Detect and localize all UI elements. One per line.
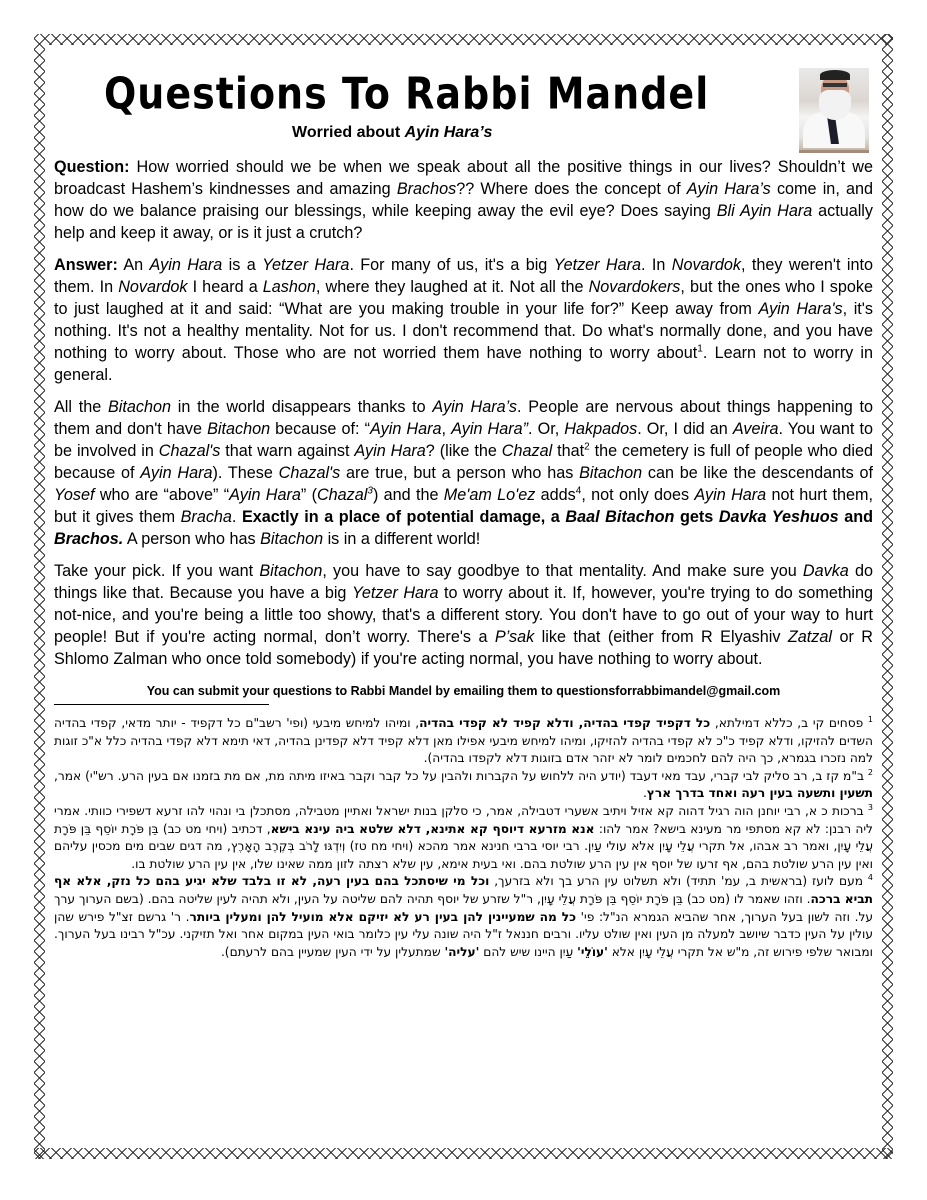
footnote-3: 3 ברכות כ א, רבי יוחנן הוה רגיל דהוה קא …	[54, 803, 873, 873]
masthead: Questions To Rabbi Mandel Worried about …	[54, 46, 873, 156]
footnote-1-number: 1	[868, 715, 873, 724]
footnotes-section: 1 פסחים קי ב, כללא דמילתא, כל דקפיד קפדי…	[54, 715, 873, 961]
photo-beard	[819, 90, 851, 120]
cross-stitch-border-bottom	[34, 1148, 893, 1159]
footnote-separator	[54, 704, 269, 705]
footnote-4-text: מעם לועז (בראשית ב, עמ' תתיד) ולא תשלוט …	[54, 874, 873, 958]
footnote-1-text: פסחים קי ב, כללא דמילתא, כל דקפיד קפדי ב…	[54, 716, 873, 765]
page-content: Questions To Rabbi Mandel Worried about …	[54, 46, 873, 1145]
answer-text-2: All the Bitachon in the world disappears…	[54, 398, 873, 548]
question-text: How worried should we be when we speak a…	[54, 158, 873, 242]
footnote-2-number: 2	[868, 768, 873, 777]
question-paragraph: Question: How worried should we be when …	[54, 156, 873, 244]
answer-paragraph-3: Take your pick. If you want Bitachon, yo…	[54, 560, 873, 670]
answer-text-3: Take your pick. If you want Bitachon, yo…	[54, 562, 873, 668]
photo-yarmulke	[820, 70, 850, 80]
decorative-border-frame: Questions To Rabbi Mandel Worried about …	[34, 34, 893, 1159]
footnote-3-text: ברכות כ א, רבי יוחנן הוה רגיל דהוה קא אז…	[54, 804, 873, 871]
footnote-2-text: ב"מ קז ב, רב סליק לבי קברי, עבד מאי דעבד…	[54, 769, 873, 801]
cross-stitch-border-top	[34, 34, 893, 45]
question-label: Question:	[54, 158, 130, 176]
cross-stitch-border-left	[34, 34, 45, 1159]
photo-glasses	[823, 83, 847, 87]
answer-paragraph-2: All the Bitachon in the world disappears…	[54, 396, 873, 550]
submit-questions-line: You can submit your questions to Rabbi M…	[54, 684, 873, 698]
answer-label: Answer:	[54, 256, 118, 274]
cross-stitch-border-right	[882, 34, 893, 1159]
answer-paragraph-1: Answer: An Ayin Hara is a Yetzer Hara. F…	[54, 254, 873, 386]
page-title: Questions To Rabbi Mandel	[104, 68, 709, 119]
article-subtitle: Worried about Ayin Hara’s	[292, 124, 492, 142]
footnote-3-number: 3	[868, 803, 873, 812]
footnote-1: 1 פסחים קי ב, כללא דמילתא, כל דקפיד קפדי…	[54, 715, 873, 768]
rabbi-photo	[799, 68, 869, 153]
footnote-2: 2 ב"מ קז ב, רב סליק לבי קברי, עבד מאי דע…	[54, 768, 873, 803]
subtitle-prefix: Worried about	[292, 124, 405, 141]
answer-text-1: An Ayin Hara is a Yetzer Hara. For many …	[54, 256, 873, 384]
subtitle-italic: Ayin Hara’s	[405, 124, 493, 141]
footnote-4-number: 4	[868, 873, 873, 882]
footnote-4: 4 מעם לועז (בראשית ב, עמ' תתיד) ולא תשלו…	[54, 873, 873, 961]
